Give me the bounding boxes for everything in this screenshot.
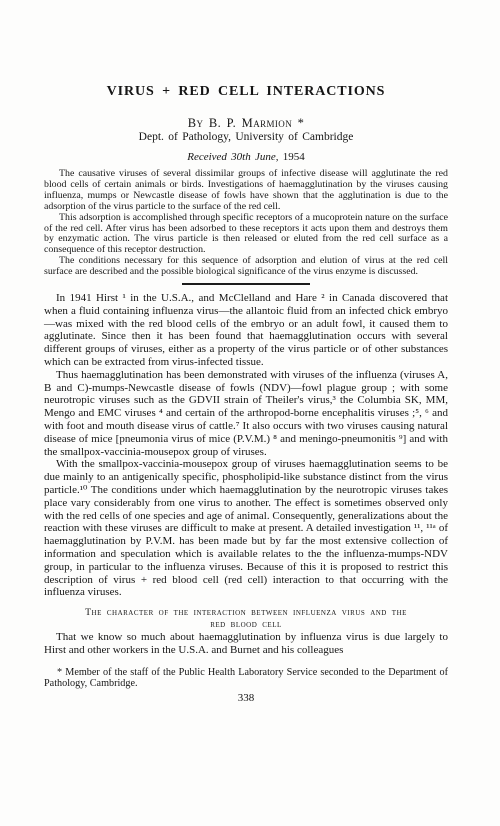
page-title: VIRUS + RED CELL INTERACTIONS (44, 84, 448, 99)
paper-page: VIRUS + RED CELL INTERACTIONS By B. P. M… (0, 0, 500, 826)
affiliation-line: Dept. of Pathology, University of Cambri… (44, 131, 448, 144)
received-date-year: 1954 (279, 151, 305, 163)
footnote-text: * Member of the staff of the Public Heal… (44, 667, 448, 690)
section-heading-line1: The character of the interaction between… (85, 607, 407, 618)
author-byline: By B. P. Marmion * (44, 117, 448, 130)
body-paragraph: In 1941 Hirst ¹ in the U.S.A., and McCle… (44, 292, 448, 369)
section-heading: The character of the interaction between… (44, 607, 448, 631)
page-number: 338 (44, 692, 448, 705)
abstract-paragraph: The causative viruses of several dissimi… (44, 169, 448, 213)
body-paragraph: With the smallpox-vaccinia-mousepox grou… (44, 458, 448, 599)
received-date-line: Received 30th June, 1954 (44, 151, 448, 163)
section-divider-rule (182, 283, 310, 285)
abstract-paragraph: The conditions necessary for this sequen… (44, 256, 448, 278)
section-heading-line2: red blood cell (210, 619, 282, 630)
page-content: VIRUS + RED CELL INTERACTIONS By B. P. M… (0, 0, 500, 705)
body-paragraph: That we know so much about haemagglutina… (44, 631, 448, 657)
abstract-section: The causative viruses of several dissimi… (44, 169, 448, 278)
body-paragraph: Thus haemagglutination has been demonstr… (44, 369, 448, 459)
received-date-italic: Received 30th June, (187, 151, 278, 163)
abstract-paragraph: This adsorption is accomplished through … (44, 213, 448, 257)
article-body: In 1941 Hirst ¹ in the U.S.A., and McCle… (44, 292, 448, 657)
footnote-section: * Member of the staff of the Public Heal… (44, 667, 448, 690)
